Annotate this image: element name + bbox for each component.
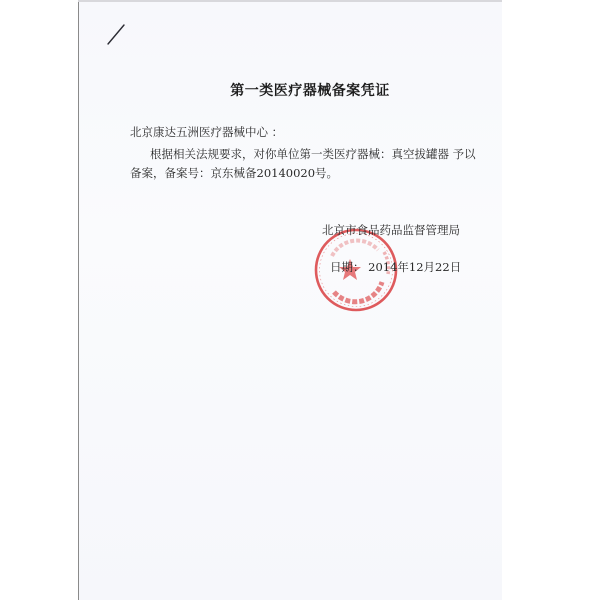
body-text-line-2: 备案，备案号：京东械备20140020号。 [130,165,338,181]
scanned-document-view: 第一类医疗器械备案凭证 北京康达五洲医疗器械中心 ： 根据相关法规要求，对你单位… [0,0,600,600]
document-title: 第一类医疗器械备案凭证 [0,80,600,100]
body-text-line-1: 根据相关法规要求，对你单位第一类医疗器械：真空拔罐器 予以 [150,146,476,162]
recipient-line: 北京康达五洲医疗器械中心 ： [130,124,283,140]
page-top-edge [78,0,502,2]
date-value: 2014年12月22日 [368,260,461,274]
date-label: 日期： [330,260,365,274]
issuing-authority: 北京市食品药品监督管理局 [322,222,460,238]
slash-mark-icon [104,22,130,48]
issue-date: 日期： 2014年12月22日 [330,259,461,275]
